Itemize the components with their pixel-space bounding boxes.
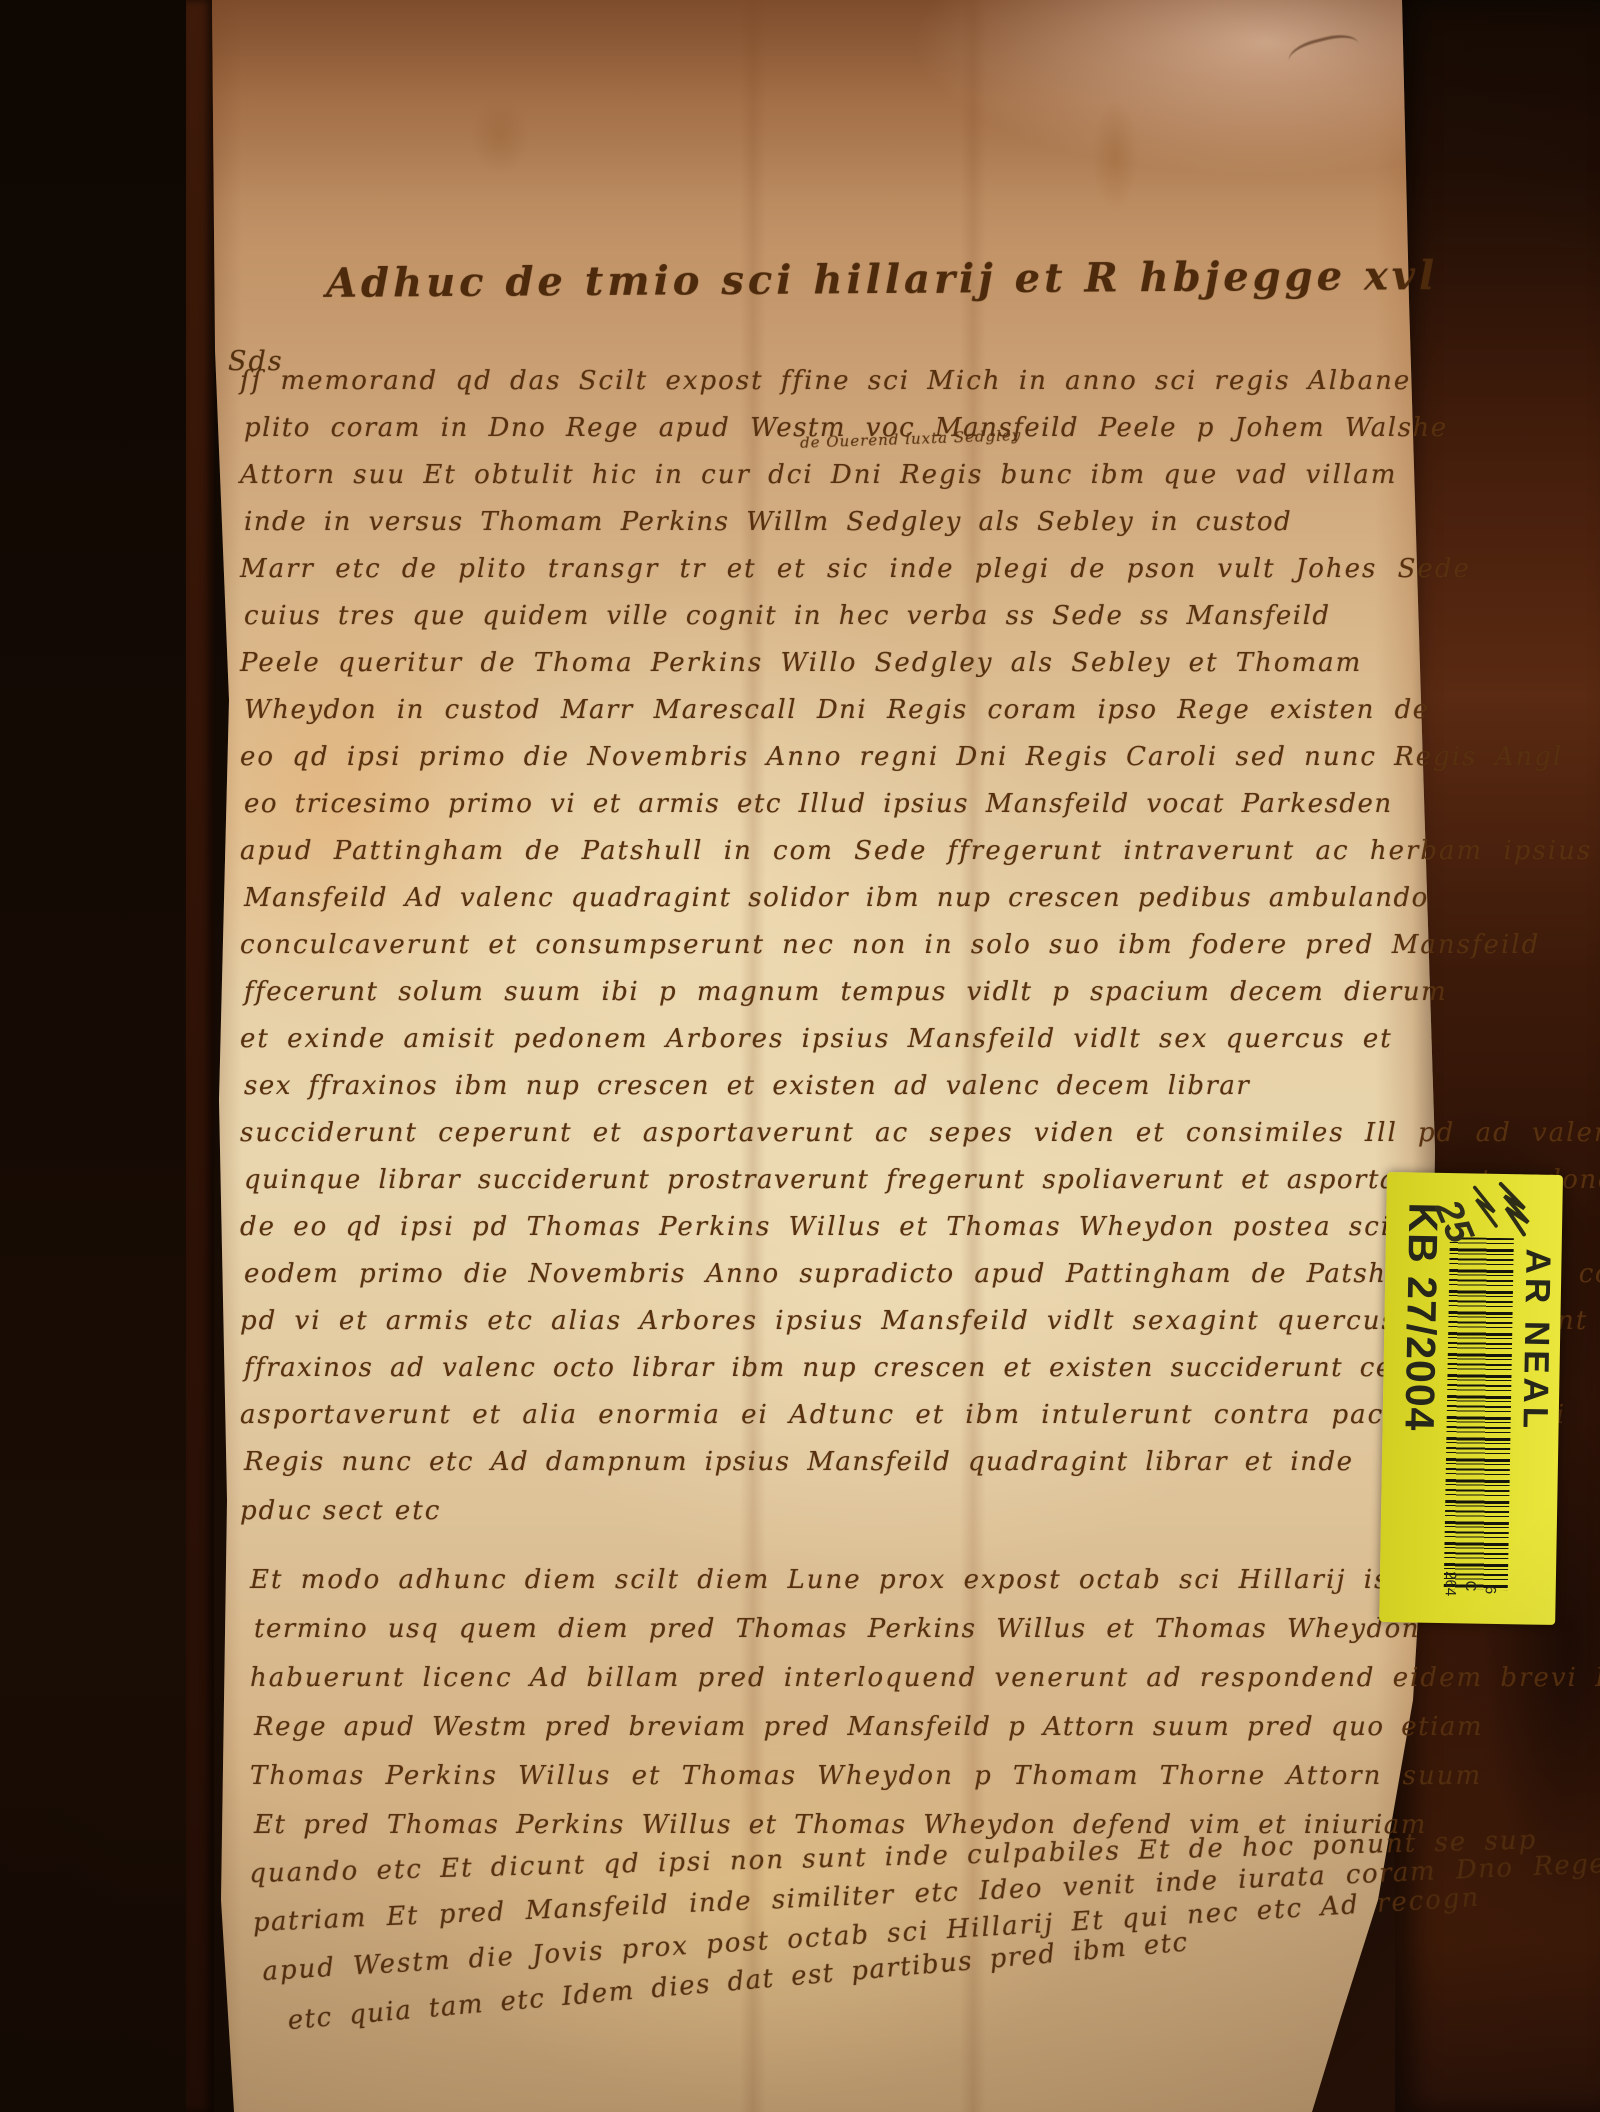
piece-number: C [1460, 1580, 1480, 1596]
manuscript-line: sex ffraxinos ibm nup crescen et existen… [244, 1063, 1430, 1110]
sticker-barcode-caption: AR NEAL [1514, 1248, 1557, 1432]
manuscript-line: Rege apud Westm pred breviam pred Mansfe… [254, 1703, 1440, 1752]
manuscript-line: et exinde amisit pedonem Arbores ipsius … [240, 1016, 1430, 1063]
manuscript-line: Et modo adhunc diem scilt diem Lune prox… [250, 1556, 1440, 1605]
manuscript-line: ffecerunt solum suum ibi p magnum tempus… [244, 969, 1430, 1016]
entry-paragraph-2: Et modo adhunc diem scilt diem Lune prox… [250, 1556, 1440, 2046]
manuscript-line: asportaverunt et alia enormia ei Adtunc … [240, 1392, 1430, 1439]
manuscript-line: termino usq quem diem pred Thomas Perkin… [254, 1605, 1440, 1654]
manuscript-line: succiderunt ceperunt et asportaverunt ac… [240, 1110, 1430, 1157]
svg-text:25: 25 [1426, 1193, 1482, 1250]
manuscript-line: de eo qd ipsi pd Thomas Perkins Willus e… [240, 1204, 1430, 1251]
manuscript-line: Mansfeild Ad valenc quadragint solidor i… [244, 875, 1430, 922]
manuscript-line: inde in versus Thomam Perkins Willm Sedg… [244, 499, 1430, 546]
manuscript-line: Wheydon in custod Marr Marescall Dni Reg… [244, 687, 1430, 734]
manuscript-line: eo qd ipsi primo die Novembris Anno regn… [240, 734, 1430, 781]
sticker-piece-numbers: 6 C 264 [1440, 1571, 1500, 1597]
manuscript-line: plito coram in Dno Rege apud Westm voc M… [244, 405, 1430, 452]
piece-number: 264 [1440, 1571, 1460, 1596]
manuscript-line: Regis nunc etc Ad dampnum ipsius Mansfei… [244, 1439, 1430, 1486]
parchment-stain [1092, 100, 1138, 210]
manuscript-line: conculcaverunt et consumpserunt nec non … [240, 922, 1430, 969]
paragraph-break-line: pduc sect etc [240, 1496, 441, 1526]
manuscript-line: Attorn suu Et obtulit hic in cur dci Dni… [240, 452, 1430, 499]
parchment-stain [470, 95, 530, 175]
handwritten-note-scribble: 25 [1413, 1176, 1535, 1273]
archive-reference-sticker: AR NEAL KB 27/2004 6 C 264 25 [1379, 1172, 1563, 1625]
manuscript-line: pd vi et armis etc alias Arbores ipsius … [240, 1298, 1430, 1345]
manuscript-line: habuerunt licenc Ad billam pred interloq… [250, 1654, 1440, 1703]
pen-scribble-icon: 25 [1413, 1176, 1535, 1273]
photograph-of-plea-roll: Adhuc de tmio sci hillarij et R hbjegge … [0, 0, 1600, 2112]
entry-paragraph-1: ſſ memorand qd das Scilt expost ffine sc… [240, 358, 1430, 1486]
manuscript-line: quinque librar succiderunt prostraverunt… [244, 1157, 1430, 1204]
manuscript-line: Thomas Perkins Willus et Thomas Wheydon … [250, 1752, 1440, 1801]
volume-spine-edge [186, 0, 214, 2112]
manuscript-line: Marr etc de plito transgr tr et et sic i… [240, 546, 1430, 593]
manuscript-line: apud Pattingham de Patshull in com Sede … [240, 828, 1430, 875]
membrane-heading: Adhuc de tmio sci hillarij et R hbjegge … [326, 252, 1439, 307]
barcode [1444, 1237, 1514, 1590]
manuscript-line: ſſ memorand qd das Scilt expost ffine sc… [240, 358, 1430, 405]
manuscript-line: ffraxinos ad valenc octo librar ibm nup … [244, 1345, 1430, 1392]
piece-number: 6 [1480, 1586, 1500, 1597]
manuscript-line: eodem primo die Novembris Anno supradict… [244, 1251, 1430, 1298]
manuscript-line: cuius tres que quidem ville cognit in he… [244, 593, 1430, 640]
manuscript-line: Peele queritur de Thoma Perkins Willo Se… [240, 640, 1430, 687]
manuscript-line: eo tricesimo primo vi et armis etc Illud… [244, 781, 1430, 828]
